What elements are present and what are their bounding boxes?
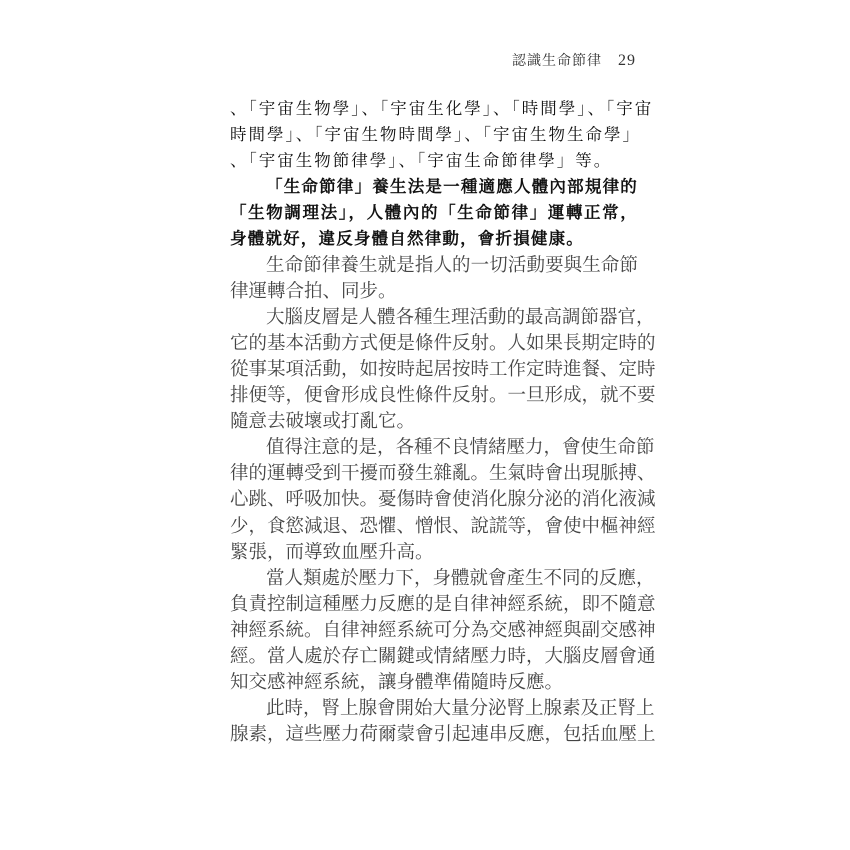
chapter-title: 認識生命節律: [512, 53, 602, 69]
text-line: 它的基本活動方式便是條件反射。人如果長期定時的: [230, 331, 638, 357]
book-page: 認識生命節律29 、「宇宙生物學」、「宇宙生化學」、「時間學」、「宇宙 時間學」…: [0, 0, 850, 850]
text-line: 神經系統。自律神經系統可分為交感神經與副交感神: [230, 618, 638, 644]
text-line: 排便等，便會形成良性條件反射。一旦形成，就不要: [230, 383, 638, 409]
emphasis-line: 身體就好，違反身體自然律動，會折損健康。: [230, 226, 638, 252]
text-line: 心跳、呼吸加快。憂傷時會使消化腺分泌的消化液減: [230, 487, 638, 513]
text-line: 負責控制這種壓力反應的是自律神經系統，即不隨意: [230, 592, 638, 618]
text-line: 生命節律養生就是指人的一切活動要與生命節: [230, 253, 638, 279]
text-line: 律的運轉受到干擾而發生雜亂。生氣時會出現脈搏、: [230, 461, 638, 487]
text-line: 腺素，這些壓力荷爾蒙會引起連串反應，包括血壓上: [230, 722, 638, 748]
text-line: 此時，腎上腺會開始大量分泌腎上腺素及正腎上: [230, 696, 638, 722]
text-line: 當人類處於壓力下，身體就會產生不同的反應，: [230, 566, 638, 592]
text-line: 緊張，而導致血壓升高。: [230, 540, 638, 566]
text-line: 隨意去破壞或打亂它。: [230, 409, 638, 435]
running-header: 認識生命節律29: [420, 50, 636, 70]
text-line: 、「宇宙生物學」、「宇宙生化學」、「時間學」、「宇宙: [230, 96, 638, 122]
emphasis-line: 「生物調理法」，人體內的「生命節律」運轉正常，: [230, 200, 638, 226]
text-line: 知交感神經系統，讓身體準備隨時反應。: [230, 670, 638, 696]
text-line: 經。當人處於存亡關鍵或情緒壓力時，大腦皮層會通: [230, 644, 638, 670]
text-line: 大腦皮層是人體各種生理活動的最高調節器官，: [230, 305, 638, 331]
text-line: 值得注意的是，各種不良情緒壓力，會使生命節: [230, 435, 638, 461]
text-line: 時間學」、「宇宙生物時間學」、「宇宙生物生命學」: [230, 122, 638, 148]
text-line: 律運轉合拍、同步。: [230, 279, 638, 305]
text-line: 從事某項活動，如按時起居按時工作定時進餐、定時: [230, 357, 638, 383]
page-number: 29: [618, 52, 636, 69]
page-body: 、「宇宙生物學」、「宇宙生化學」、「時間學」、「宇宙 時間學」、「宇宙生物時間學…: [230, 96, 638, 748]
text-line: 少，食慾減退、恐懼、憎恨、說謊等，會使中樞神經: [230, 514, 638, 540]
text-line: 、「宇宙生物節律學」、「宇宙生命節律學」等。: [230, 148, 638, 174]
emphasis-line: 「生命節律」養生法是一種適應人體內部規律的: [230, 174, 638, 200]
